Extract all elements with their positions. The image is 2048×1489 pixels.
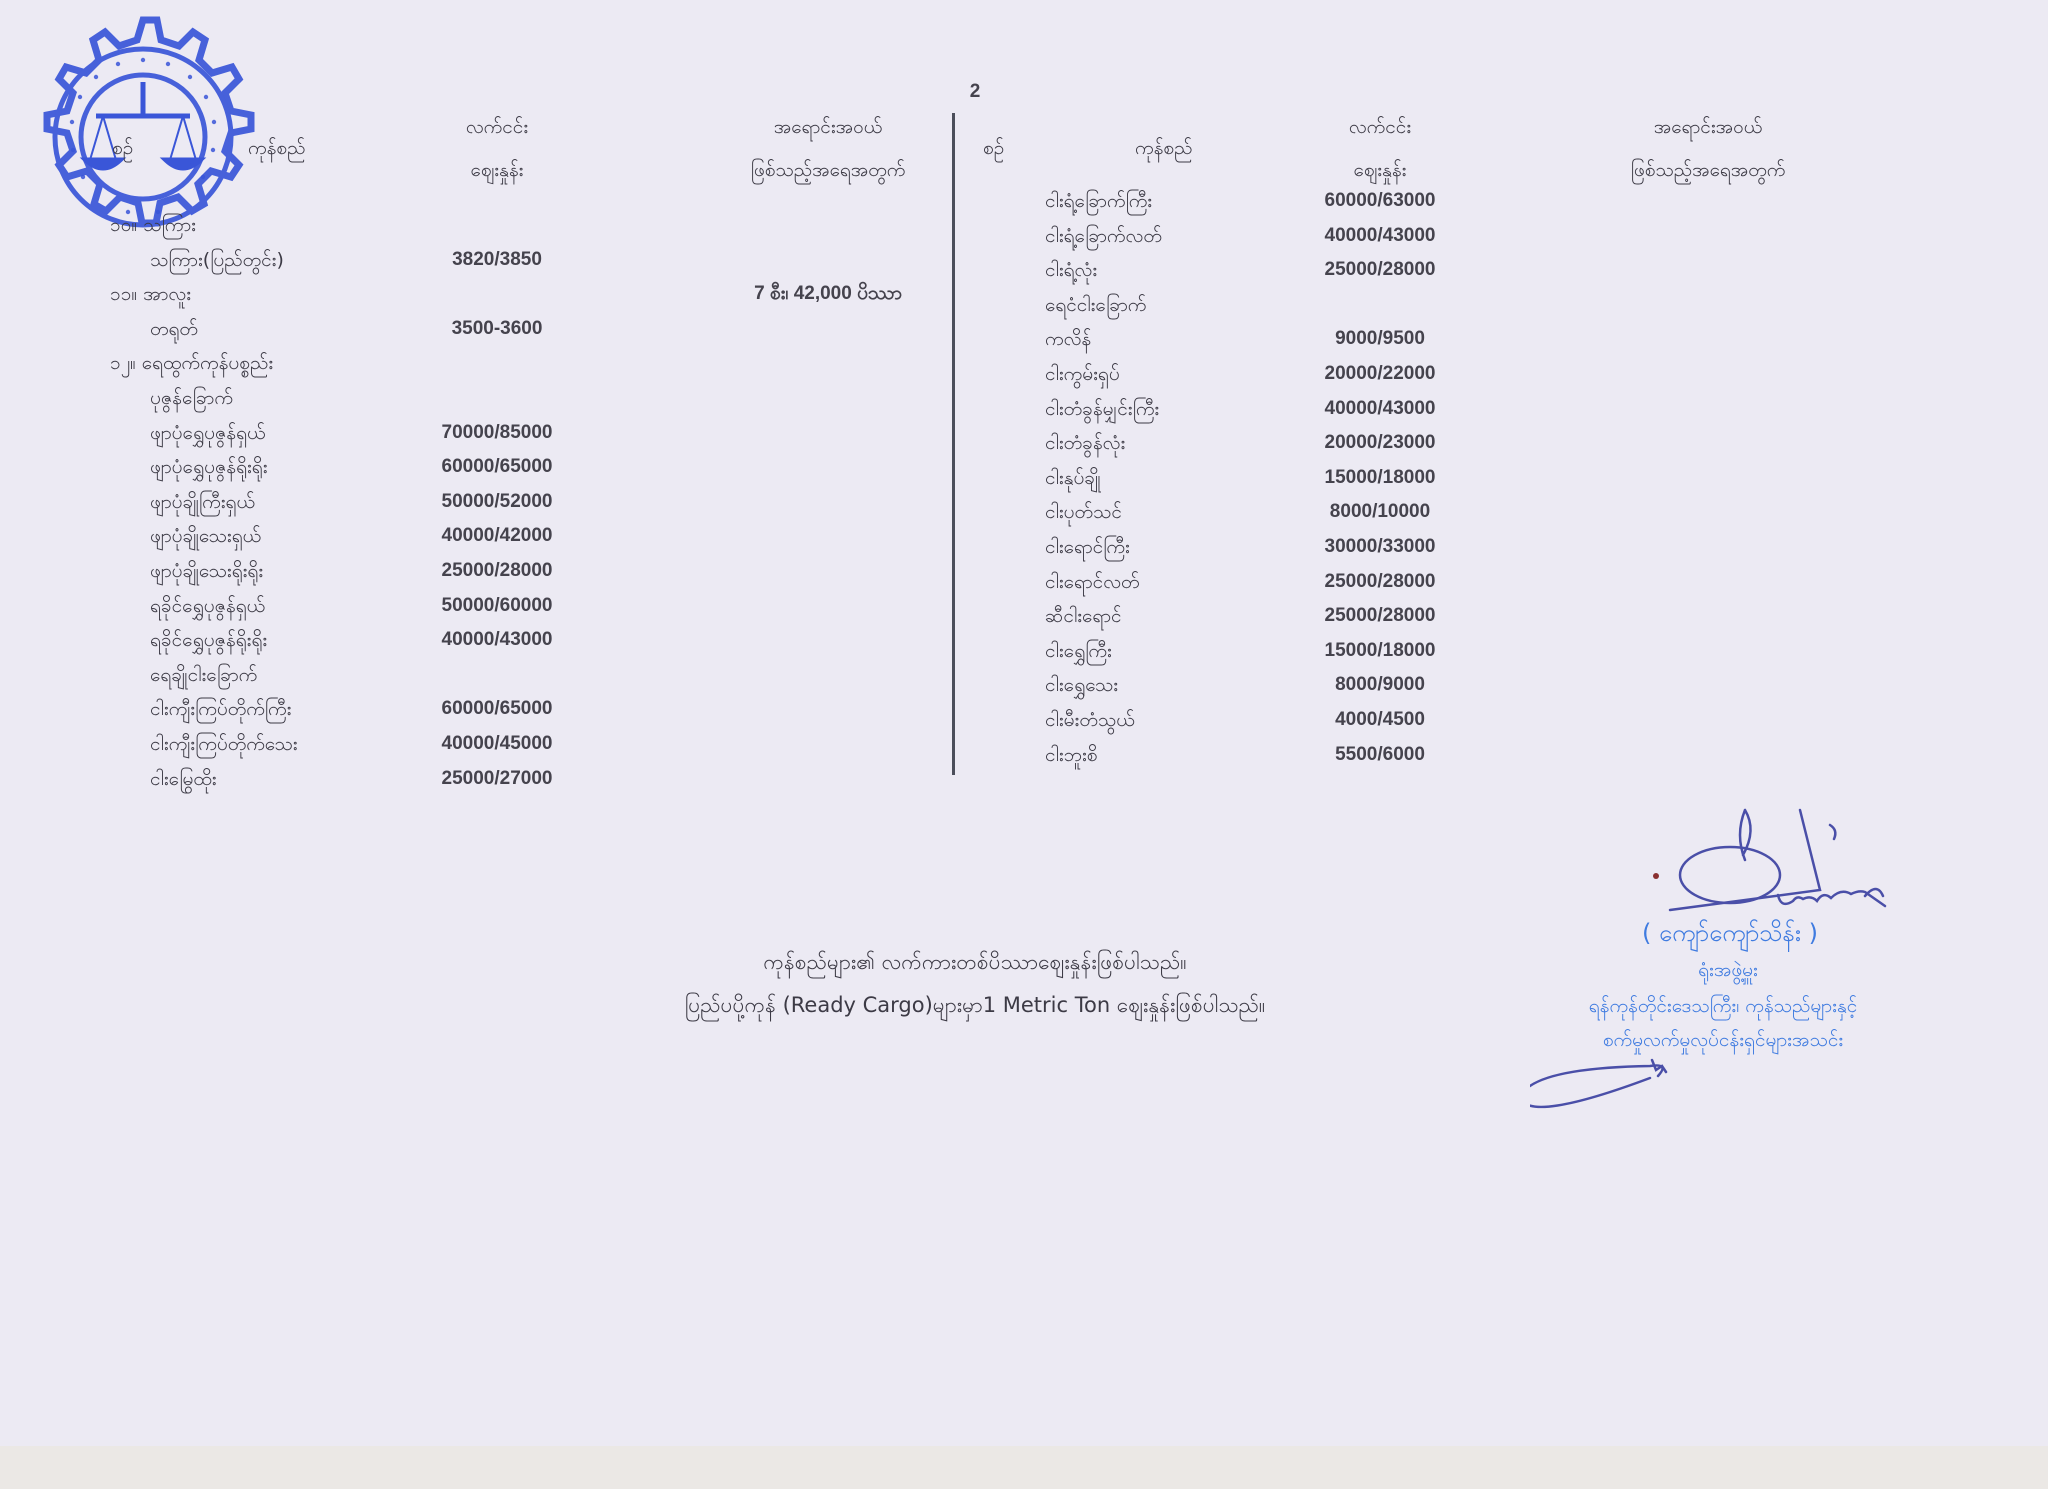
commodity-name: ကလိန် xyxy=(1045,327,1091,351)
current-price: 60000/65000 xyxy=(442,697,553,721)
current-price: 3500-3600 xyxy=(452,317,543,341)
commodity-name: ငါးပုတ်သင် xyxy=(1045,500,1122,524)
trade-volume: 7 စီး၊ 42,000 ပိဿာ xyxy=(754,282,902,306)
commodity-name: ဖျာပုံရွှေပုဇွန်ရှယ် xyxy=(150,421,265,445)
commodity-name: သကြား(ပြည်တွင်း) xyxy=(150,248,284,272)
commodity-name: ငါးမြွေထိုး xyxy=(150,767,217,791)
commodity-name: ငါးကျီးကြပ်တိုက်သေး xyxy=(150,732,298,756)
footer-note-export: ပြည်ပပို့ကုန် (Ready Cargo)များမှာ1 Metr… xyxy=(685,993,1266,1017)
commodity-name: ငါးတံခွန်မျှင်းကြီး xyxy=(1045,397,1159,421)
current-price: 40000/43000 xyxy=(442,628,553,652)
organization-line-1: ရန်ကုန်တိုင်းဒေသကြီး၊ ကုန်သည်များနှင့် xyxy=(1589,994,1858,1018)
commodity-name: ငါးနုပ်ချို xyxy=(1045,466,1101,490)
commodity-name: ငါးရွှေကြီး xyxy=(1045,639,1112,663)
left-header-commodity: ကုန်စည် xyxy=(248,136,305,160)
page-number: 2 xyxy=(970,80,981,104)
current-price: 5500/6000 xyxy=(1335,743,1425,767)
commodity-name: ဖျာပုံရွှေပုဇွန်ရိုးရိုး xyxy=(150,455,268,479)
current-price: 20000/23000 xyxy=(1325,431,1436,455)
column-divider xyxy=(952,113,955,775)
current-price: 4000/4500 xyxy=(1335,708,1425,732)
scanner-bottom-edge xyxy=(0,1446,2048,1489)
left-header-price-line1: လက်ငင်း xyxy=(466,115,528,139)
current-price: 25000/28000 xyxy=(1325,258,1436,282)
current-price: 40000/43000 xyxy=(1325,397,1436,421)
current-price: 40000/42000 xyxy=(442,524,553,548)
left-header-price-line2: ဈေးနှုန်း xyxy=(471,158,524,182)
commodity-name: ရခိုင်ရွှေပုဇွန်ရှယ် xyxy=(150,594,265,618)
current-price: 50000/60000 xyxy=(442,594,553,618)
current-price: 70000/85000 xyxy=(442,421,553,445)
document-page: 2 စဉ် ကုန်စည် လက်ငင်း ဈေးနှုန်း အရောင်းအ… xyxy=(0,0,2048,1446)
commodity-name: ငါးရောင်ကြီး xyxy=(1045,535,1130,559)
commodity-name: ရေချိုငါးခြောက် xyxy=(150,663,257,687)
commodity-name: ငါးရံ့ခြောက်လတ် xyxy=(1045,224,1162,248)
current-price: 60000/65000 xyxy=(442,455,553,479)
commodity-name: ငါးဘူးစိ xyxy=(1045,743,1097,767)
current-price: 60000/63000 xyxy=(1325,189,1436,213)
current-price: 40000/45000 xyxy=(442,732,553,756)
current-price: 15000/18000 xyxy=(1325,466,1436,490)
right-header-commodity: ကုန်စည် xyxy=(1135,136,1192,160)
commodity-name: ၁၁။ အာလူး xyxy=(110,282,191,306)
current-price: 25000/28000 xyxy=(442,559,553,583)
signatory-name: ( ကျော်ကျော်သိန်း ) xyxy=(1642,918,1818,948)
current-price: 20000/22000 xyxy=(1325,362,1436,386)
commodity-name: ၁၂။ ရေထွက်ကုန်ပစ္စည်း xyxy=(110,351,273,375)
current-price: 25000/28000 xyxy=(1325,604,1436,628)
commodity-name: ဖျာပုံချိုသေးရှယ် xyxy=(150,524,261,548)
commodity-name: ရေငံငါးခြောက် xyxy=(1045,293,1146,317)
commodity-name: တရုတ် xyxy=(150,317,198,341)
commodity-name: ငါးရွှေသေး xyxy=(1045,673,1118,697)
current-price: 25000/27000 xyxy=(442,767,553,791)
current-price: 3820/3850 xyxy=(452,248,542,272)
commodity-name: ဖျာပုံချိုကြီးရှယ် xyxy=(150,490,255,514)
current-price: 30000/33000 xyxy=(1325,535,1436,559)
commodity-name: ဆီငါးရောင် xyxy=(1045,604,1122,628)
commodity-name: ပုဇွန်ခြောက် xyxy=(150,386,233,410)
commodity-name: ဖျာပုံချိုသေးရိုးရိုး xyxy=(150,559,263,583)
current-price: 40000/43000 xyxy=(1325,224,1436,248)
commodity-name: ငါးရံ့လုံး xyxy=(1045,258,1097,282)
current-price: 8000/9000 xyxy=(1335,673,1425,697)
right-header-volume-line2: ဖြစ်သည့်အရေအတွက် xyxy=(1631,158,1786,182)
footer-note-wholesale: ကုန်စည်များ၏ လက်ကားတစ်ပိဿာဈေးနှုန်းဖြစ်ပ… xyxy=(763,950,1186,974)
commodity-name: ငါးမီးတံသွယ် xyxy=(1045,708,1135,732)
commodity-name: ၁၀။ သကြား xyxy=(110,213,196,237)
commodity-name: ငါးကွမ်းရှပ် xyxy=(1045,362,1120,386)
left-header-serial: စဉ် xyxy=(112,136,133,160)
left-header-volume-line2: ဖြစ်သည့်အရေအတွက် xyxy=(751,158,906,182)
right-header-price-line2: ဈေးနှုန်း xyxy=(1354,158,1407,182)
organization-line-2: စက်မှုလက်မှုလုပ်ငန်းရှင်များအသင်း xyxy=(1603,1028,1843,1052)
signatory-title: ရုံးအဖွဲ့မှူး xyxy=(1698,958,1758,982)
commodity-name: ငါးကျီးကြပ်တိုက်ကြီး xyxy=(150,697,291,721)
commodity-name: ငါးတံခွန်လုံး xyxy=(1045,431,1125,455)
current-price: 25000/28000 xyxy=(1325,570,1436,594)
left-header-volume-line1: အရောင်းအဝယ် xyxy=(774,115,882,139)
right-header-volume-line1: အရောင်းအဝယ် xyxy=(1654,115,1762,139)
current-price: 50000/52000 xyxy=(442,490,553,514)
commodity-name: ငါးရံ့ခြောက်ကြီး xyxy=(1045,189,1152,213)
right-header-serial: စဉ် xyxy=(983,136,1004,160)
current-price: 15000/18000 xyxy=(1325,639,1436,663)
right-header-price-line1: လက်ငင်း xyxy=(1349,115,1411,139)
commodity-name: ငါးရောင်လတ် xyxy=(1045,570,1140,594)
current-price: 8000/10000 xyxy=(1330,500,1430,524)
current-price: 9000/9500 xyxy=(1335,327,1425,351)
commodity-name: ရခိုင်ရွှေပုဇွန်ရိုးရိုး xyxy=(150,628,267,652)
